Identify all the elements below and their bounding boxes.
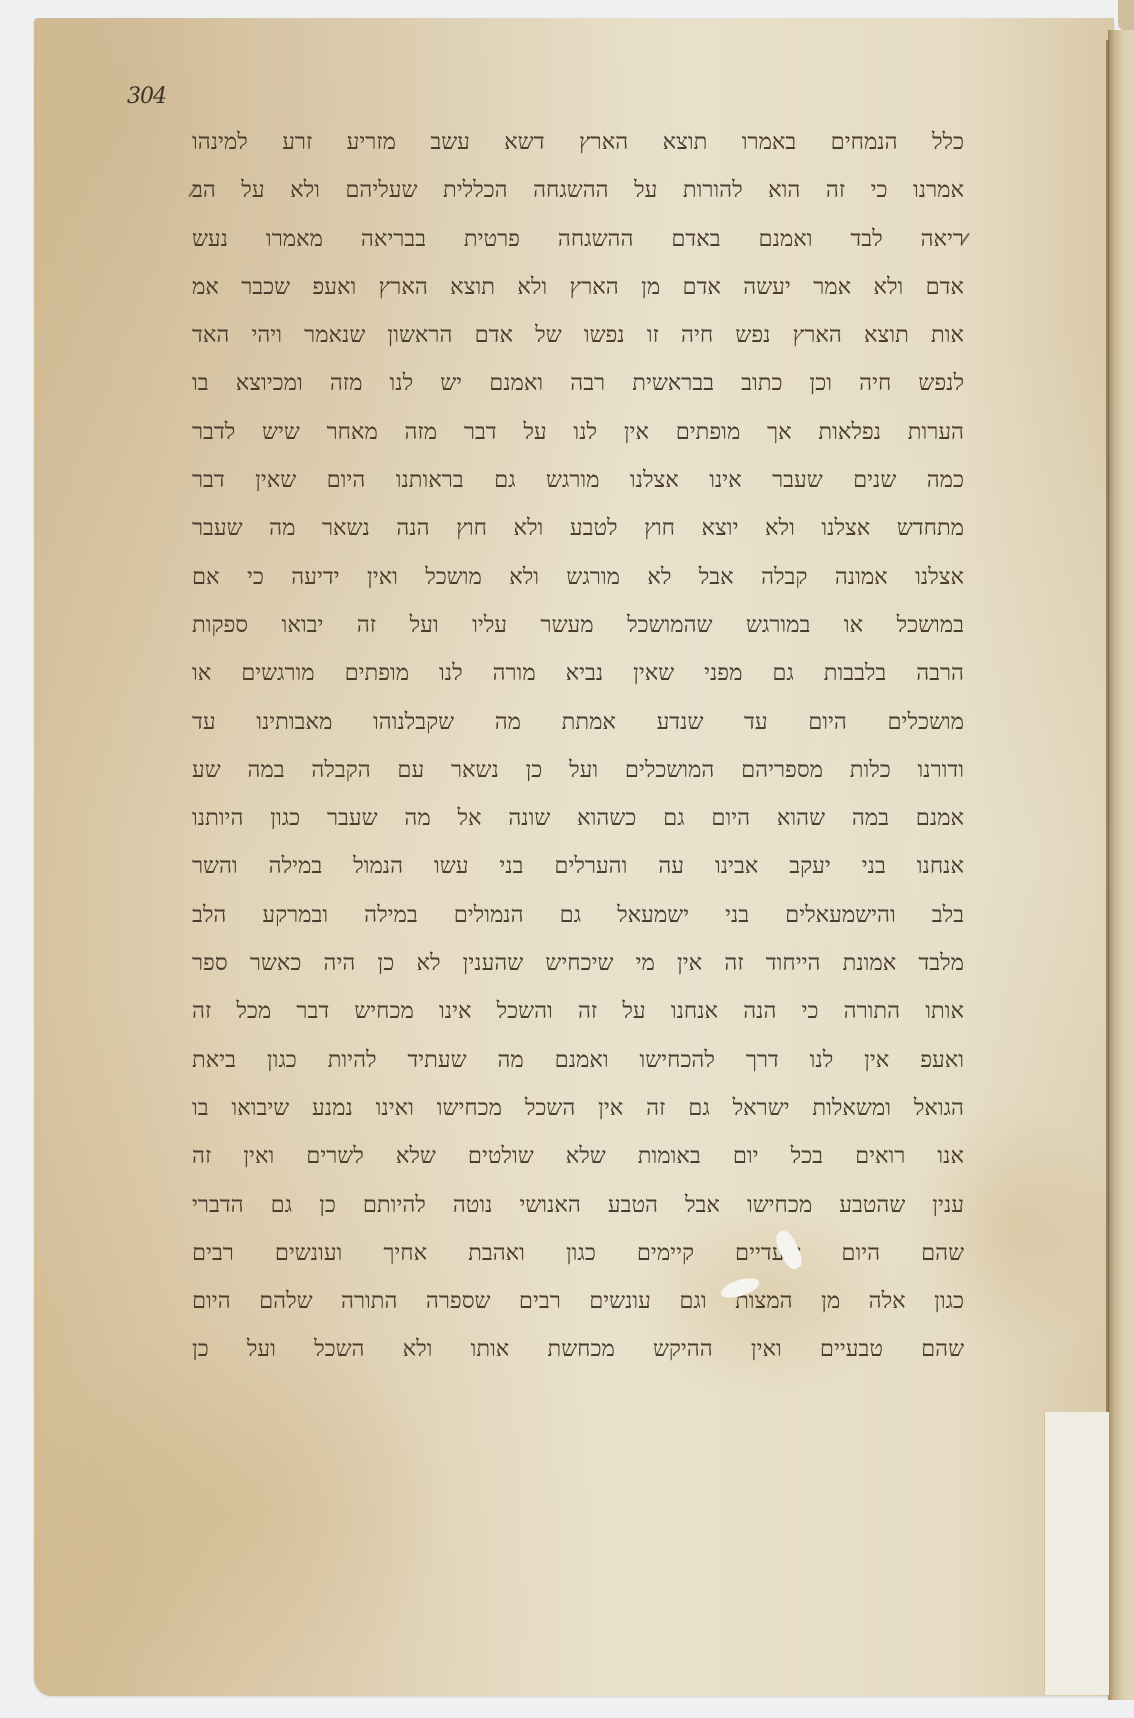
binding-gutter xyxy=(1108,30,1134,1700)
text-line: כגון אלה מן המצות וגם עונשים רבים שספרה … xyxy=(192,1277,964,1325)
text-line: שהם היום שעדיים קיימים כגון ואהבת אחיך ו… xyxy=(192,1229,964,1277)
text-line: לנפש חיה וכן כתוב בבראשית רבה ואמנם יש ל… xyxy=(192,359,964,407)
text-line: אנו רואים בכל יום באומות שלא שולטים שלא … xyxy=(192,1132,964,1180)
text-line: אמנם במה שהוא היום גם כשהוא שונה אל מה ש… xyxy=(192,794,964,842)
repair-paper-strip xyxy=(1044,1412,1109,1695)
text-line: ענין שהטבע מכחישו אבל הטבע האנושי נוטה ל… xyxy=(192,1181,964,1229)
text-line: במושכל או במורגש שהמושכל מעשר עליו ועל ז… xyxy=(192,601,964,649)
text-line: הרבה בלבבות גם מפני שאין נביא מורה לנו מ… xyxy=(192,649,964,697)
text-line: ואעפ אין לנו דרך להכחישו ואמנם מה שעתיד … xyxy=(192,1036,964,1084)
folio-number: 304 xyxy=(127,84,166,109)
text-line: הגואל ומשאלות ישראל גם זה אין השכל מכחיש… xyxy=(192,1084,964,1132)
text-line: אצלנו אמונה קבלה אבל לא מורגש ולא מושכל … xyxy=(192,553,964,601)
text-line: מושכלים היום עד שנדע אמתת מה שקבלנוהו מא… xyxy=(192,698,964,746)
text-line: ודורנו כלות מספריהם המושכלים ועל כן נשאר… xyxy=(192,746,964,794)
text-line: הערות נפלאות אך מופתים אין לנו על דבר מז… xyxy=(192,408,964,456)
main-text-block: כלל הנמחים באמרו תוצא הארץ דשא עשב מזריע… xyxy=(192,118,964,1374)
text-line: אמרנו כי זה הוא להורות על ההשגחה הכללית … xyxy=(192,166,964,214)
text-line: ריאה לבד ואמנם באדם ההשגחה פרטית בבריאה … xyxy=(192,215,964,263)
adjacent-leaf-corner xyxy=(1118,0,1134,30)
text-line: אנחנו בני יעקב אבינו עה והערלים בני עשו … xyxy=(192,842,964,890)
text-line: מלבד אמונת הייחוד זה אין מי שיכחיש שהעני… xyxy=(192,939,964,987)
edge-discoloration xyxy=(34,1318,454,1698)
text-line: כמה שנים שעבר אינו אצלנו מורגש גם בראותנ… xyxy=(192,456,964,504)
text-line: בלב והישמעאלים בני ישמעאל גם הנמולים במי… xyxy=(192,891,964,939)
text-line: אדם ולא אמר יעשה אדם מן הארץ ולא תוצא הא… xyxy=(192,263,964,311)
text-line: שהם טבעיים ואין ההיקש מכחשת אותו ולא השכ… xyxy=(192,1325,964,1373)
text-line: כלל הנמחים באמרו תוצא הארץ דשא עשב מזריע… xyxy=(192,118,964,166)
text-line: אותו התורה כי הנה אנחנו על זה והשכל אינו… xyxy=(192,987,964,1035)
text-line: מתחדש אצלנו ולא יוצא חוץ לטבע ולא חוץ הנ… xyxy=(192,504,964,552)
text-line: אות תוצא הארץ נפש חיה זו נפשו של אדם הרא… xyxy=(192,311,964,359)
